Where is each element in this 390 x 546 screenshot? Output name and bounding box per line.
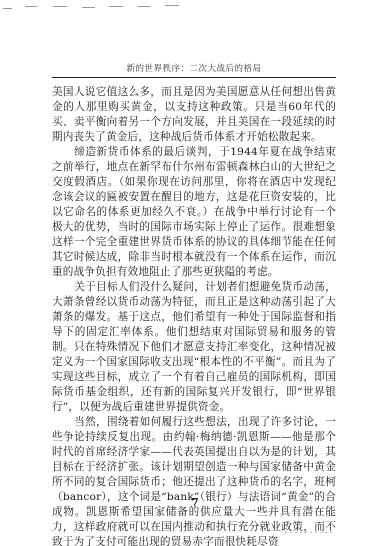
body-text: 美国人说它值这么多，而且是因为美国愿意从任何想出售黄金的人那里购买黄金，以支持这… xyxy=(52,85,336,546)
paragraph-4: 当然，围绕着如何履行这些想法，出现了许多讨论，一些争论持续反复出现。由约翰·梅纳… xyxy=(52,415,336,546)
paragraph-2: 缔造新货币体系的最后谈判，于1944年夏在战争结束之前举行，地点在新罕布什尔州布… xyxy=(52,145,336,280)
scan-noise xyxy=(285,532,335,533)
paragraph-1: 美国人说它值这么多，而且是因为美国愿意从任何想出售黄金的人那里购买黄金，以支持这… xyxy=(52,85,336,145)
header-rule xyxy=(52,77,336,78)
page-number: 7 xyxy=(0,496,390,509)
scan-edge-marks xyxy=(0,4,190,10)
scan-noise xyxy=(98,530,106,531)
paragraph-3: 关于目标人们没什么疑问，计划者们想避免货币动荡，大萧条曾经以货币动荡为特征，而且… xyxy=(52,280,336,415)
running-head: 新的世界秩序：二次大战后的格局 xyxy=(52,62,336,74)
